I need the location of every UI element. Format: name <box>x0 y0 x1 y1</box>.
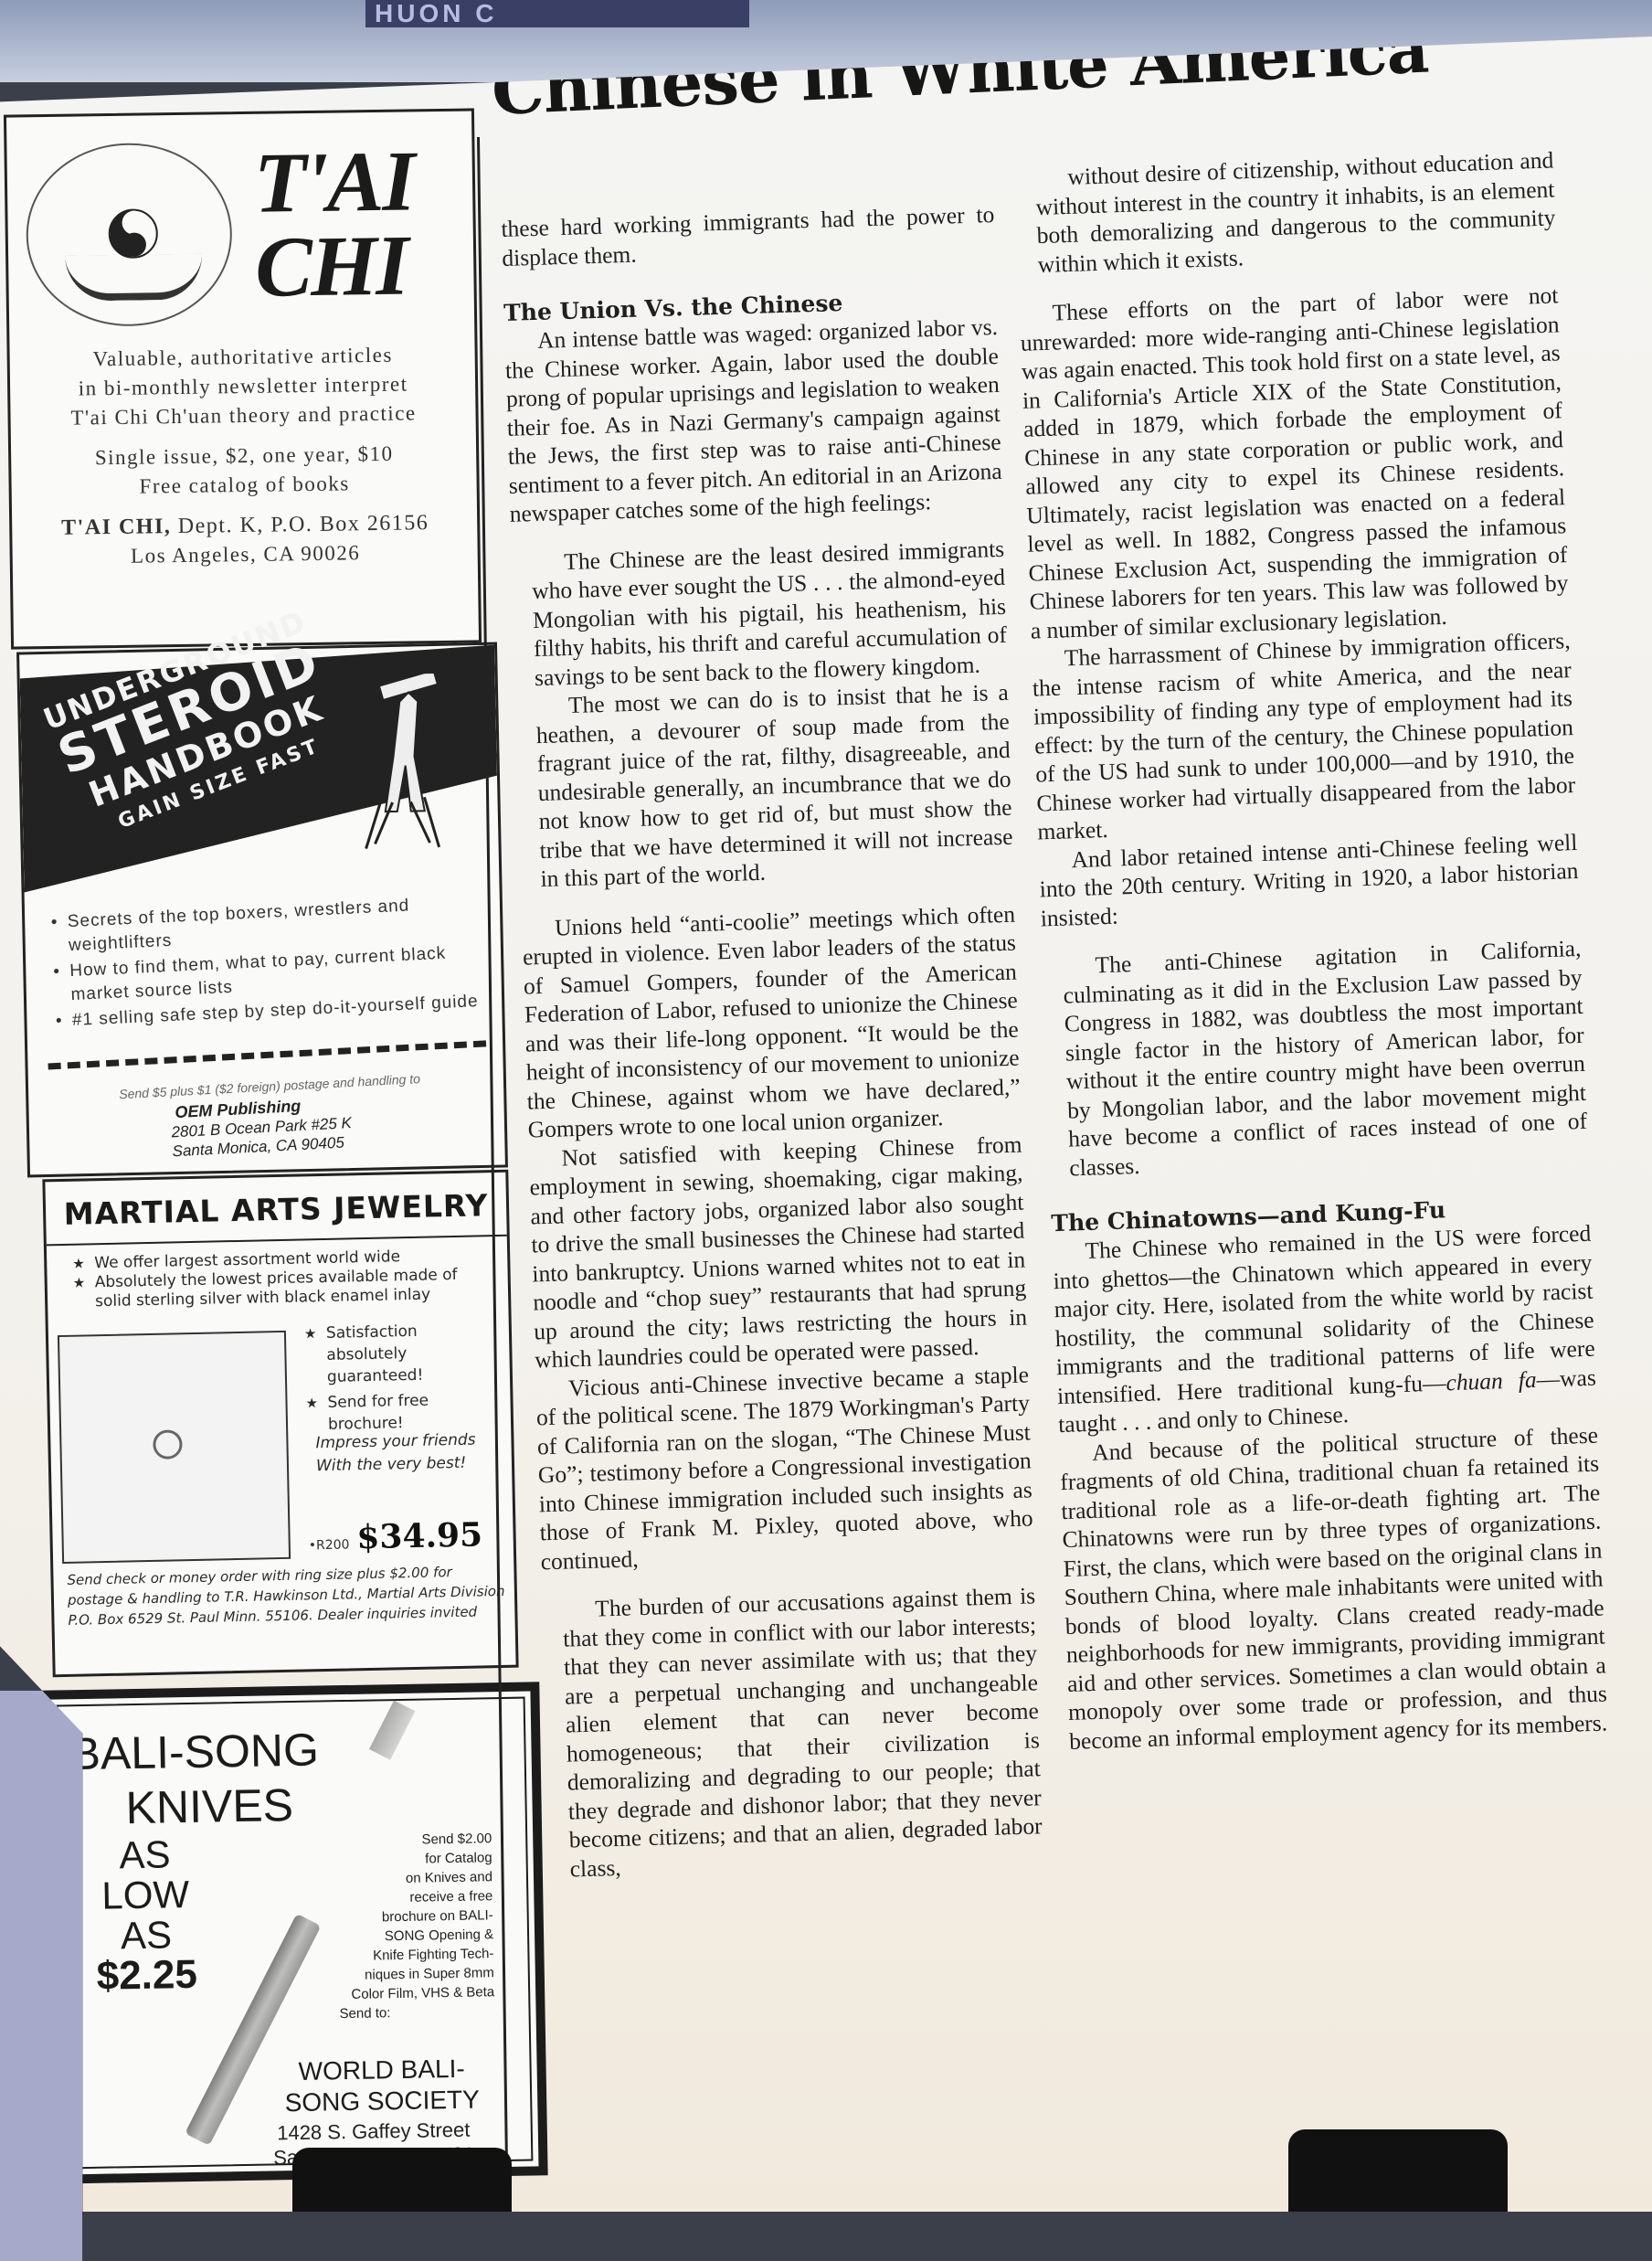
background-magazine-strip: HUON C <box>365 0 749 27</box>
taichi-title: T'AI CHI <box>253 138 475 309</box>
balisong-offer: Send $2.00 for Catalog on Knives and rec… <box>300 1829 495 2024</box>
ring-icon <box>153 1429 183 1460</box>
paragraph: An intense battle was waged: organized l… <box>504 313 1003 528</box>
balisong-organization: WORLD BALI- SONG SOCIETY <box>253 2053 510 2119</box>
magazine-page: T'AI CHI Valuable, authoritative article… <box>0 37 1652 2212</box>
jewelry-tagline: Impress your friends With the very best! <box>315 1428 508 1478</box>
balisong-price: AS LOW AS $2.25 <box>80 1834 211 1997</box>
paragraph: Not satisfied with keeping Chinese from … <box>528 1130 1028 1375</box>
paragraph: these hard working immigrants had the po… <box>501 200 996 272</box>
paragraph: These efforts on the part of labor were … <box>1019 281 1570 644</box>
paragraph: And labor retained intense anti-Chinese … <box>1038 827 1580 932</box>
taichi-address: T'AI CHI, Dept. K, P.O. Box 26156 <box>30 508 460 544</box>
article-column-middle: these hard working immigrants had the po… <box>501 200 1044 1904</box>
jewelry-order-info: Send check or money order with ring size… <box>67 1561 506 1630</box>
jewelry-photo <box>58 1331 291 1564</box>
ad-taichi: T'AI CHI Valuable, authoritative article… <box>4 108 482 649</box>
jewelry-guarantees: Satisfaction absolutely guaranteed! Send… <box>304 1319 499 1439</box>
coupon-cut-line <box>48 1040 486 1069</box>
brush-stroke-icon <box>65 254 203 302</box>
jewelry-points: We offer largest assortment world wide A… <box>72 1246 493 1312</box>
paragraph: The Chinese who remained in the US were … <box>1052 1219 1597 1439</box>
knife-handle-icon <box>369 1700 415 1759</box>
jewelry-title: MARTIAL ARTS JEWELRY <box>45 1173 506 1247</box>
paragraph: And because of the political structure o… <box>1059 1420 1609 1756</box>
block-quote: The Chinese are the least desired immigr… <box>511 534 1014 894</box>
steroid-bullet-list: Secrets of the top boxers, wrestlers and… <box>50 891 485 1035</box>
steroid-order-info: Send $5 plus $1 ($2 foreign) postage and… <box>119 1065 470 1163</box>
balisong-headline: BALI-SONG KNIVES <box>69 1723 320 1837</box>
block-quote: The anti-Chinese agitation in California… <box>1042 934 1588 1183</box>
article-column-right: without desire of citizenship, without e… <box>1014 145 1608 1756</box>
paragraph: Vicious anti-Chinese invective became a … <box>535 1360 1034 1576</box>
block-quote-continued: without desire of citizenship, without e… <box>1014 145 1557 280</box>
ad-balisong-knives: BALI-SONG KNIVES AS LOW AS $2.25 Send $2… <box>41 1682 547 2183</box>
taichi-description: Valuable, authoritative articles in bi-m… <box>27 340 460 573</box>
binder-clip <box>292 2148 512 2212</box>
background-surface-left <box>0 1691 82 2261</box>
paragraph: Unions held “anti-coolie” meetings which… <box>522 899 1022 1144</box>
paragraph: The harrassment of Chinese by immigratio… <box>1031 626 1576 846</box>
block-quote: The burden of our accusations against th… <box>542 1581 1043 1884</box>
jewelry-price: •R200$34.95 <box>308 1515 519 1558</box>
yin-yang-icon <box>108 208 158 259</box>
weightlifter-illustration-icon <box>344 674 458 858</box>
binder-clip <box>1288 2129 1508 2212</box>
taichi-logo-circle <box>25 142 233 327</box>
ad-steroid-handbook: UNDERGROUND STEROID HANDBOOK GAIN SIZE F… <box>16 642 508 1178</box>
ad-martial-arts-jewelry: MARTIAL ARTS JEWELRY We offer largest as… <box>42 1170 518 1678</box>
